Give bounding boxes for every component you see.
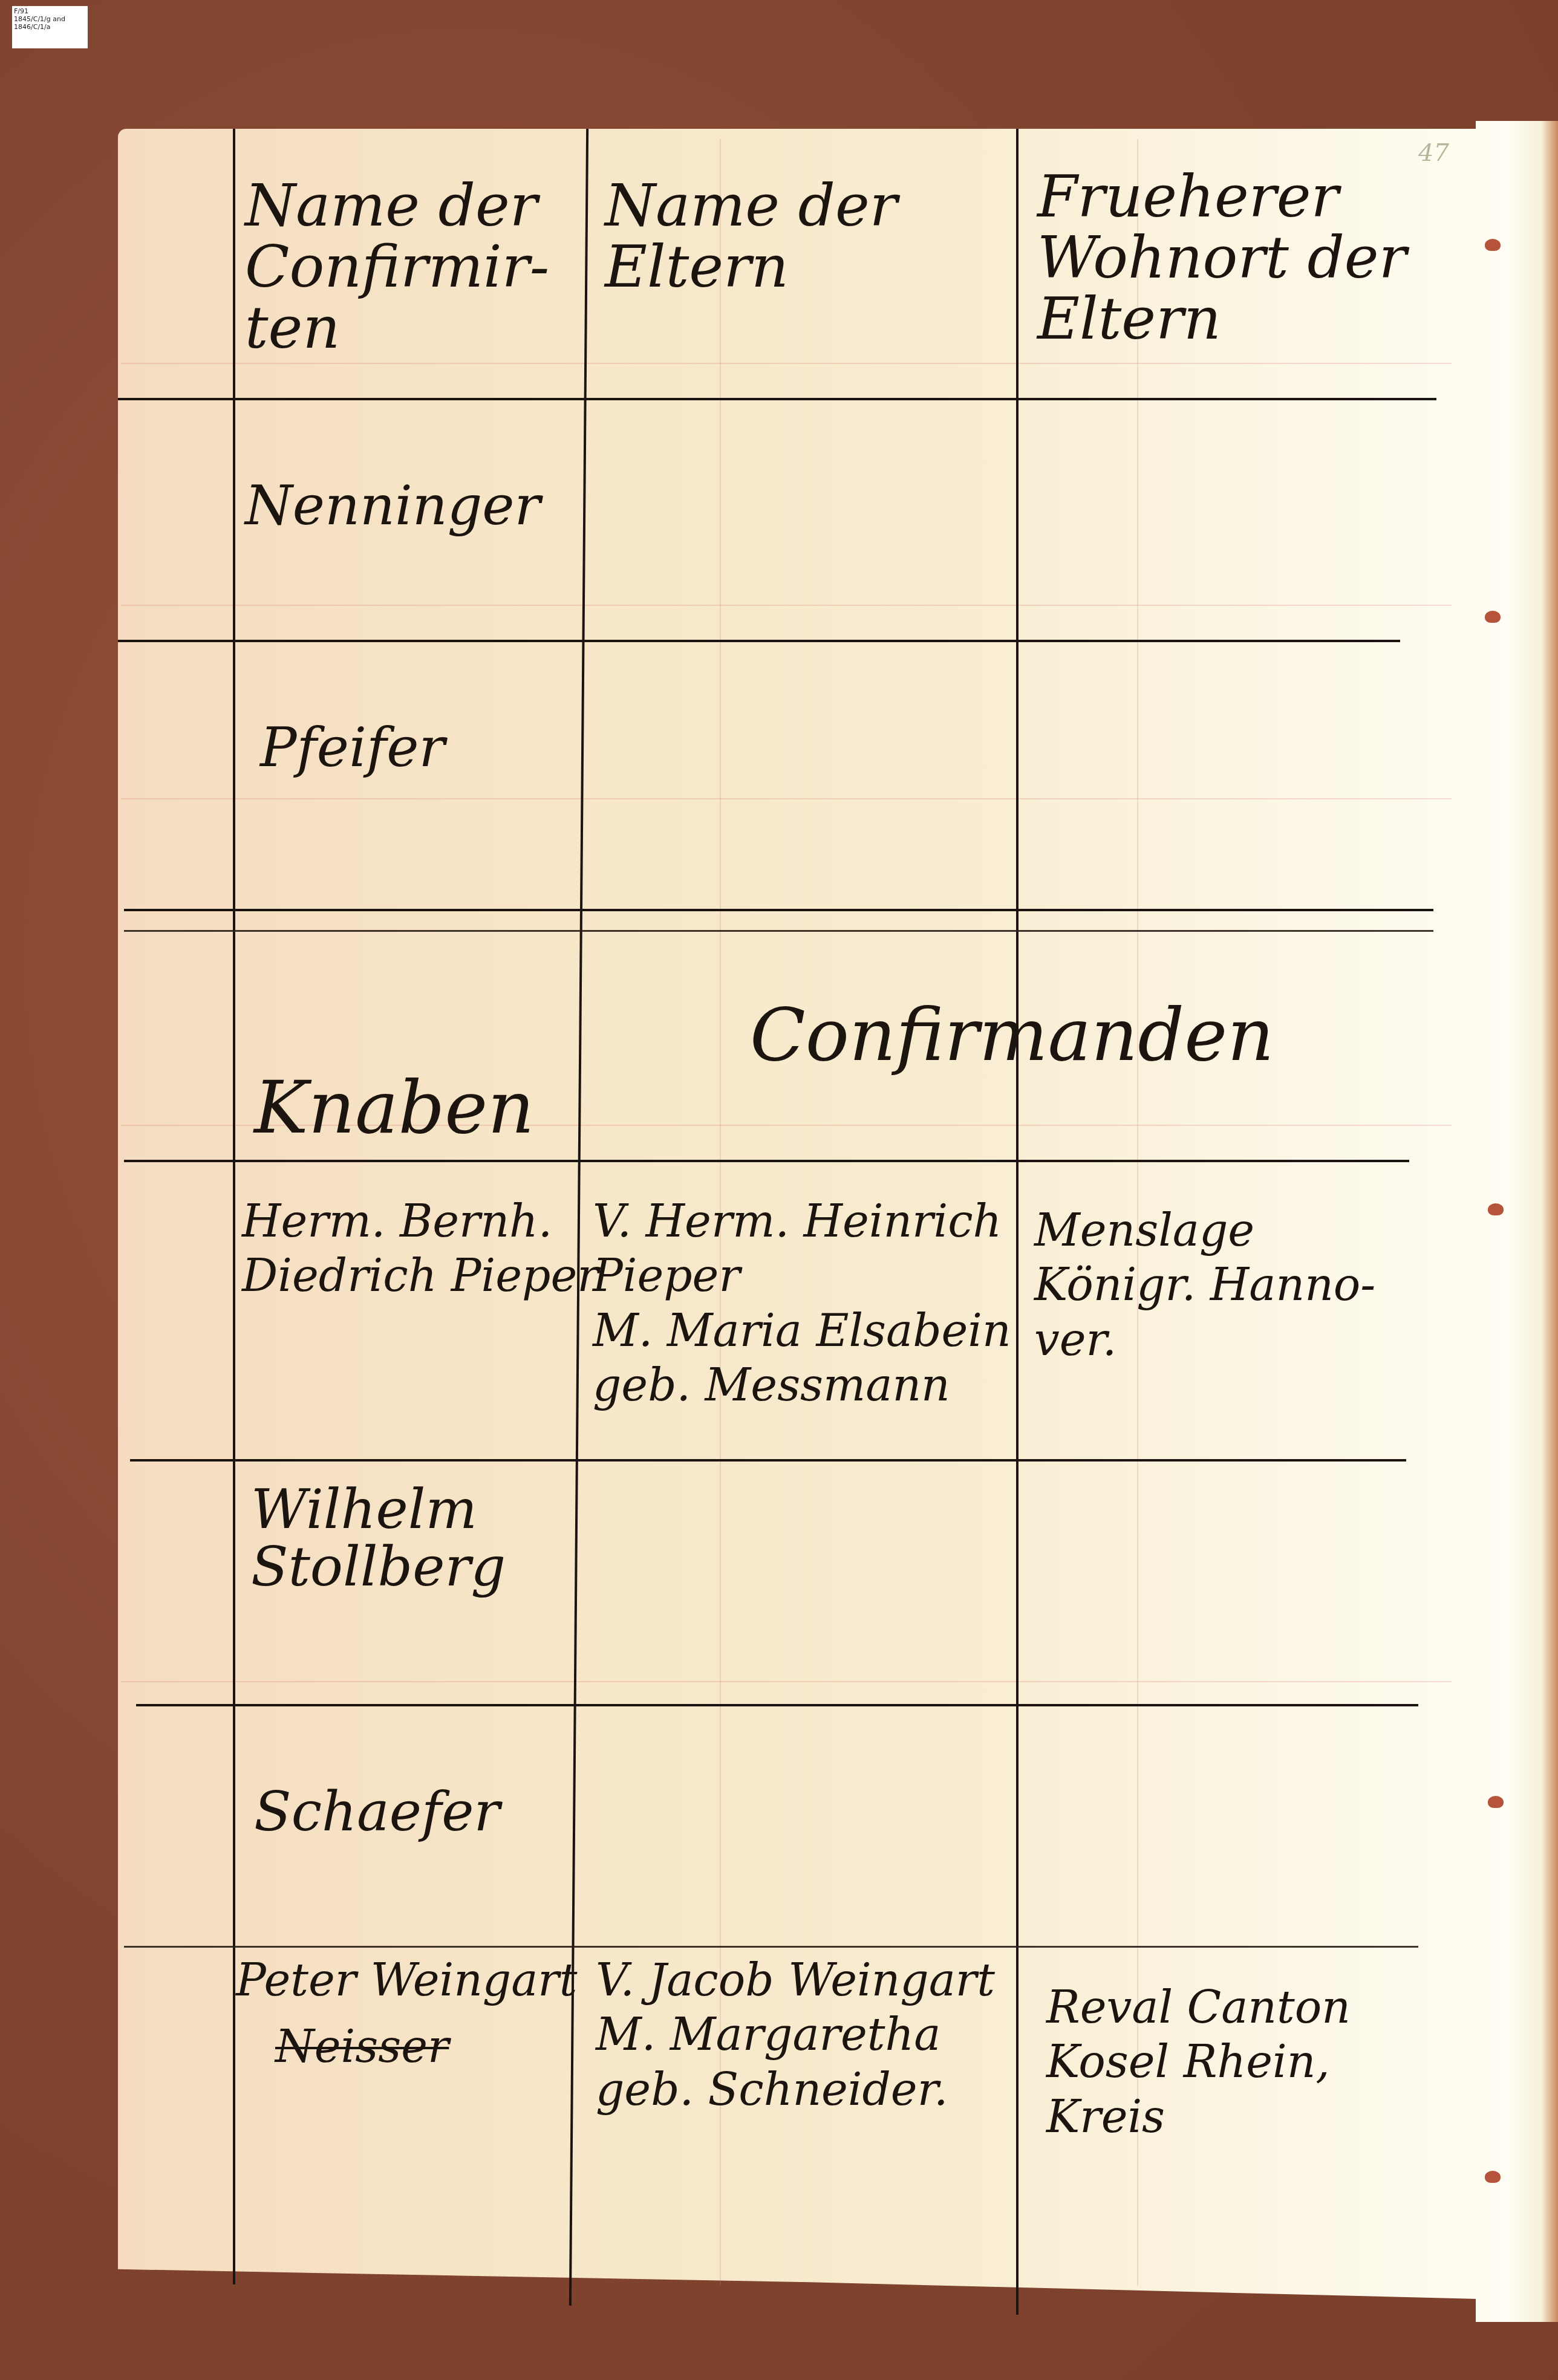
confirmand-name: Nenninger (245, 478, 572, 535)
section-label-boys: Knaben (254, 1070, 569, 1146)
former-residence: Menslage Königr. Hanno- ver. (1034, 1203, 1446, 1367)
struck-out-name: Neisser (275, 2020, 517, 2074)
paper-ruling (121, 363, 1452, 364)
paper-ruling (121, 605, 1452, 606)
archive-label-line: 1846/C/1/a (14, 23, 86, 31)
row-divider (124, 1160, 1409, 1162)
confirmand-name: Peter Weingart (236, 1953, 611, 2008)
parents-name: V. Jacob Weingart M. Margaretha geb. Sch… (596, 1953, 1019, 2117)
red-tab-mark (1485, 2171, 1501, 2183)
archive-label-line: F/91 (14, 7, 86, 15)
header-confirmand-name: Name der Confirmir- ten (245, 175, 572, 358)
confirmand-name: Wilhelm Stollberg (251, 1481, 578, 1596)
red-tab-mark (1488, 1796, 1504, 1808)
row-divider (124, 930, 1433, 932)
paper-ruling (121, 798, 1452, 799)
paper-ruling (121, 1681, 1452, 1682)
row-divider (130, 1459, 1406, 1461)
header-parents-name: Name der Eltern (605, 175, 998, 297)
row-divider (136, 1704, 1418, 1706)
confirmand-name: Herm. Bernh. Diedrich Pieper (242, 1194, 605, 1304)
section-title: Confirmanden (750, 998, 1415, 1074)
former-residence: Reval Canton Kosel Rhein, Kreis (1046, 1980, 1458, 2144)
red-tab-mark (1485, 611, 1501, 623)
column-divider (233, 129, 235, 2284)
confirmand-name: Pfeifer (260, 720, 575, 777)
archive-reference-label: F/91 1845/C/1/g and 1846/C/1/a (12, 6, 88, 48)
page-number: 47 (1418, 139, 1449, 167)
parents-name: V. Herm. Heinrich Pieper M. Maria Elsabe… (593, 1194, 1028, 1413)
header-former-residence: Frueherer Wohnort der Eltern (1037, 166, 1449, 349)
row-divider (118, 398, 1436, 400)
red-tab-mark (1488, 1203, 1504, 1215)
red-tab-mark (1485, 239, 1501, 251)
confirmand-name: Schaefer (254, 1784, 581, 1841)
row-divider (124, 909, 1433, 911)
row-divider (118, 640, 1400, 642)
row-divider (124, 1946, 1418, 1948)
archive-label-line: 1845/C/1/g and (14, 15, 86, 23)
